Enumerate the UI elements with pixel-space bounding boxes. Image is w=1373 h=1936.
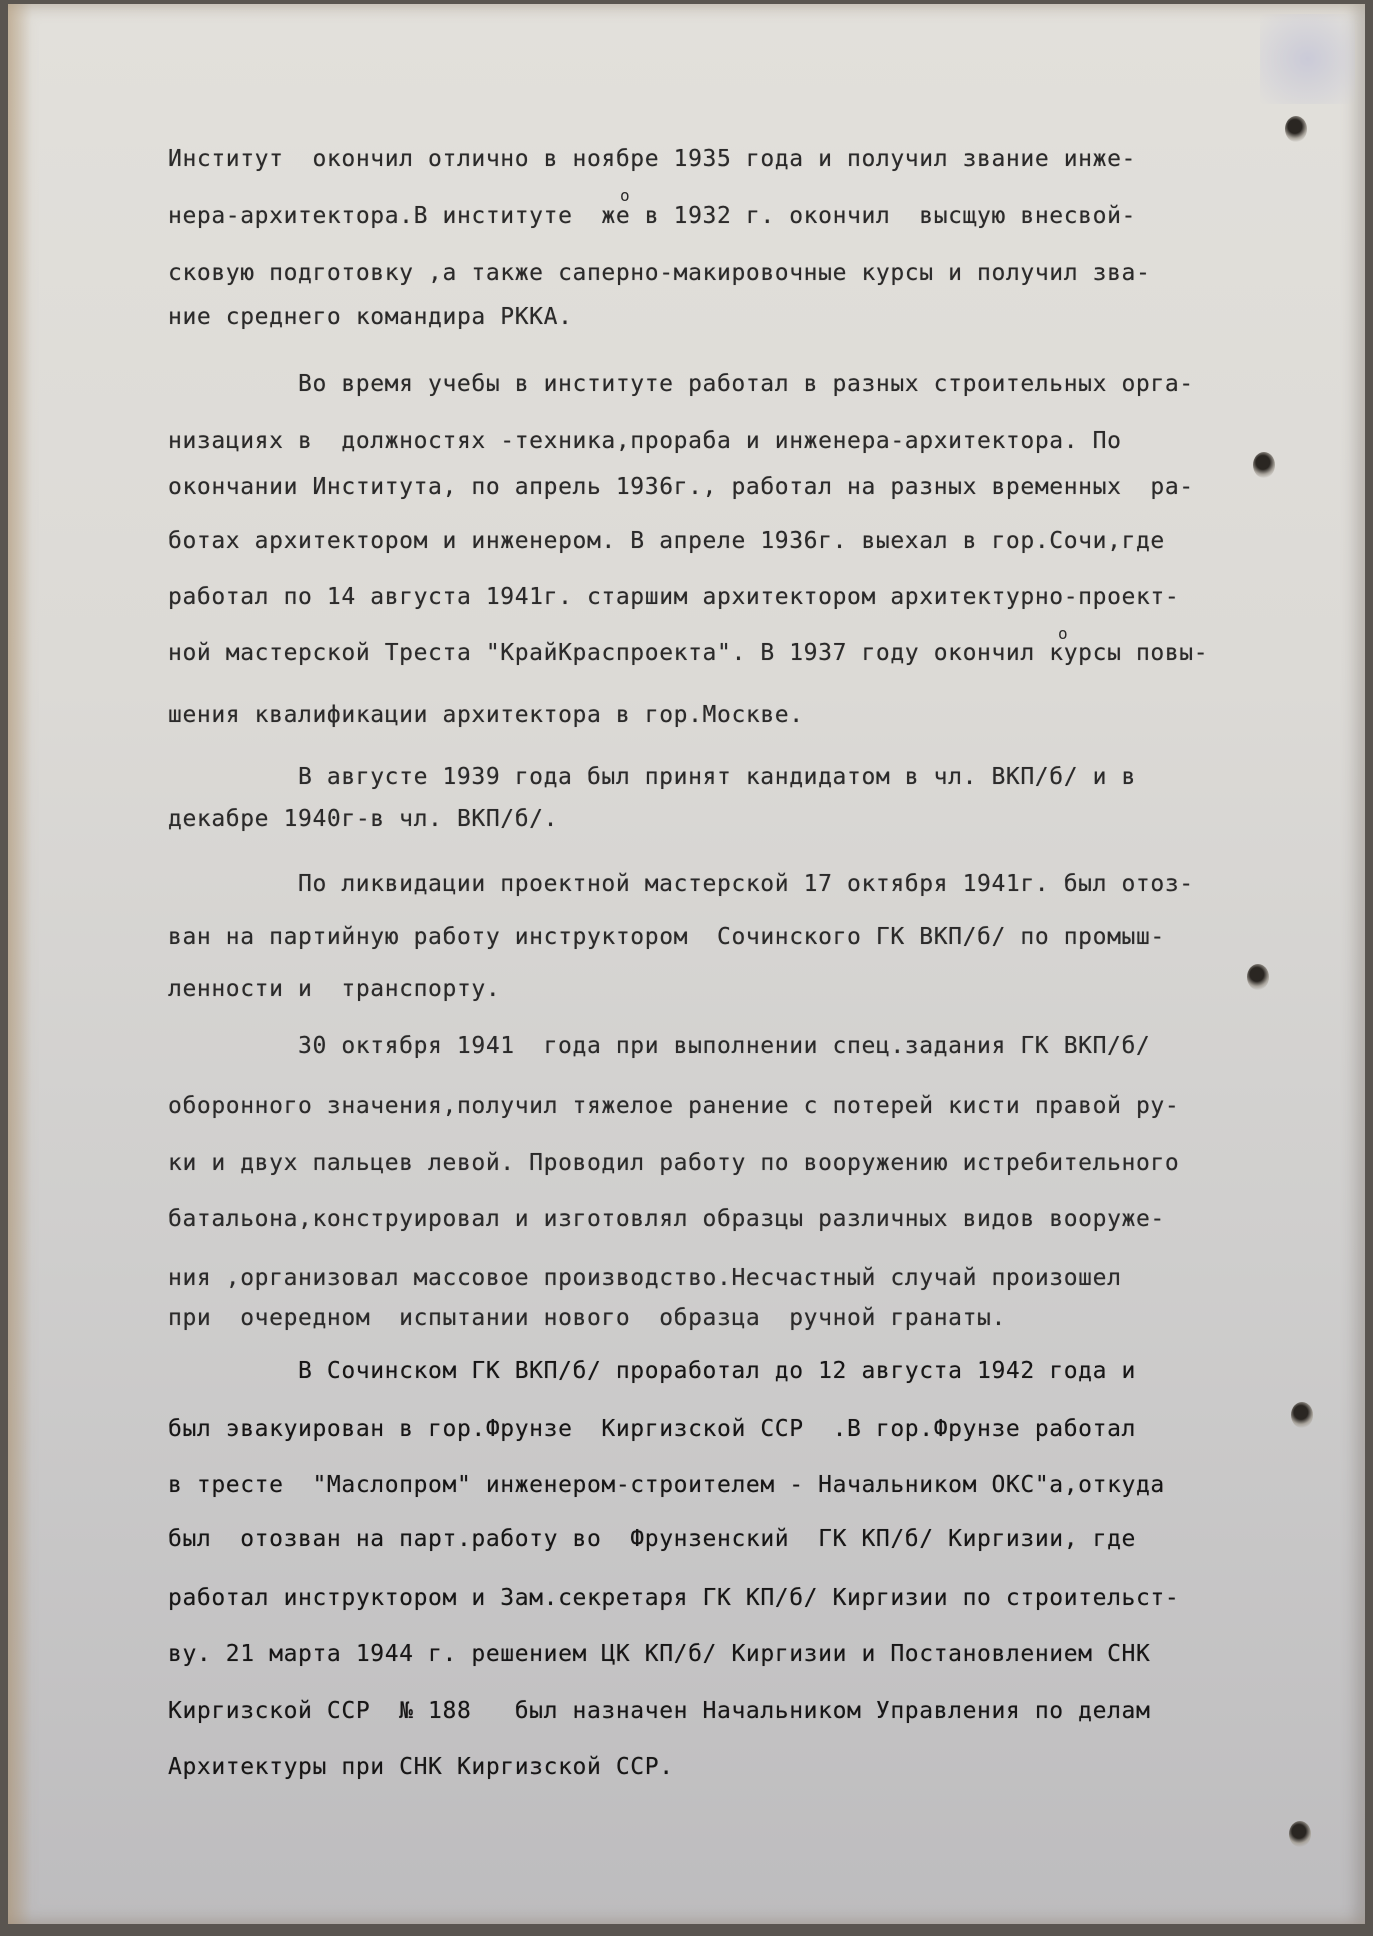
text-line: Институт окончил отлично в ноябре 1935 г… [168,146,1136,172]
text-line: Киргизской ССР № 188 был назначен Началь… [168,1698,1150,1724]
text-line: По ликвидации проектной мастерской 17 ок… [298,871,1194,897]
text-line: работал инструктором и Зам.секретаря ГК … [168,1585,1179,1611]
text-line: ву. 21 марта 1944 г. решением ЦК КП/б/ К… [168,1641,1150,1667]
correction-mark: о [1058,624,1068,643]
text-line: ки и двух пальцев левой. Проводил работу… [168,1150,1179,1176]
text-line: окончании Института, по апрель 1936г., р… [168,474,1194,500]
text-line: ван на партийную работу инструктором Соч… [168,924,1165,950]
text-line: при очередном испытании нового образца р… [168,1305,1006,1331]
text-line: Архитектуры при СНК Киргизской ССР. [168,1754,674,1780]
text-line: работал по 14 августа 1941г. старшим арх… [168,584,1179,610]
text-line: ние среднего командира РККА. [168,304,573,330]
text-line: низациях в должностях -техника,прораба и… [168,428,1122,454]
text-line: В Сочинском ГК ВКП/б/ проработал до 12 а… [298,1358,1136,1384]
text-line: был отозван на парт.работу во Фрунзенски… [168,1526,1136,1552]
text-line: Во время учебы в институте работал в раз… [298,371,1194,397]
text-line: был эвакуирован в гор.Фрунзе Киргизской … [168,1416,1136,1442]
text-line: ной мастерской Треста "КрайКраспроекта".… [168,640,1208,666]
text-line: 30 октября 1941 года при выполнении спец… [298,1033,1150,1059]
text-line: ботах архитектором и инженером. В апреле… [168,528,1165,554]
text-line: нера-архитектора.В институте же в 1932 г… [168,203,1136,229]
text-line: ленности и транспорту. [168,976,500,1002]
text-line: сковую подготовку ,а также саперно-макир… [168,260,1150,286]
text-line: в тресте "Маслопром" инженером-строителе… [168,1472,1165,1498]
text-line: ния ,организовал массовое производство.Н… [168,1265,1122,1291]
correction-mark: о [620,186,630,205]
document-page: Институт окончил отлично в ноябре 1935 г… [8,4,1365,1924]
text-line: шения квалификации архитектора в гор.Мос… [168,702,804,728]
typewritten-text: Институт окончил отлично в ноябре 1935 г… [8,4,1365,1924]
text-line: батальона,конструировал и изготовлял обр… [168,1206,1165,1232]
text-line: декабре 1940г-в чл. ВКП/б/. [168,806,558,832]
text-line: В августе 1939 года был принят кандидато… [298,764,1136,790]
text-line: оборонного значения,получил тяжелое ране… [168,1093,1179,1119]
